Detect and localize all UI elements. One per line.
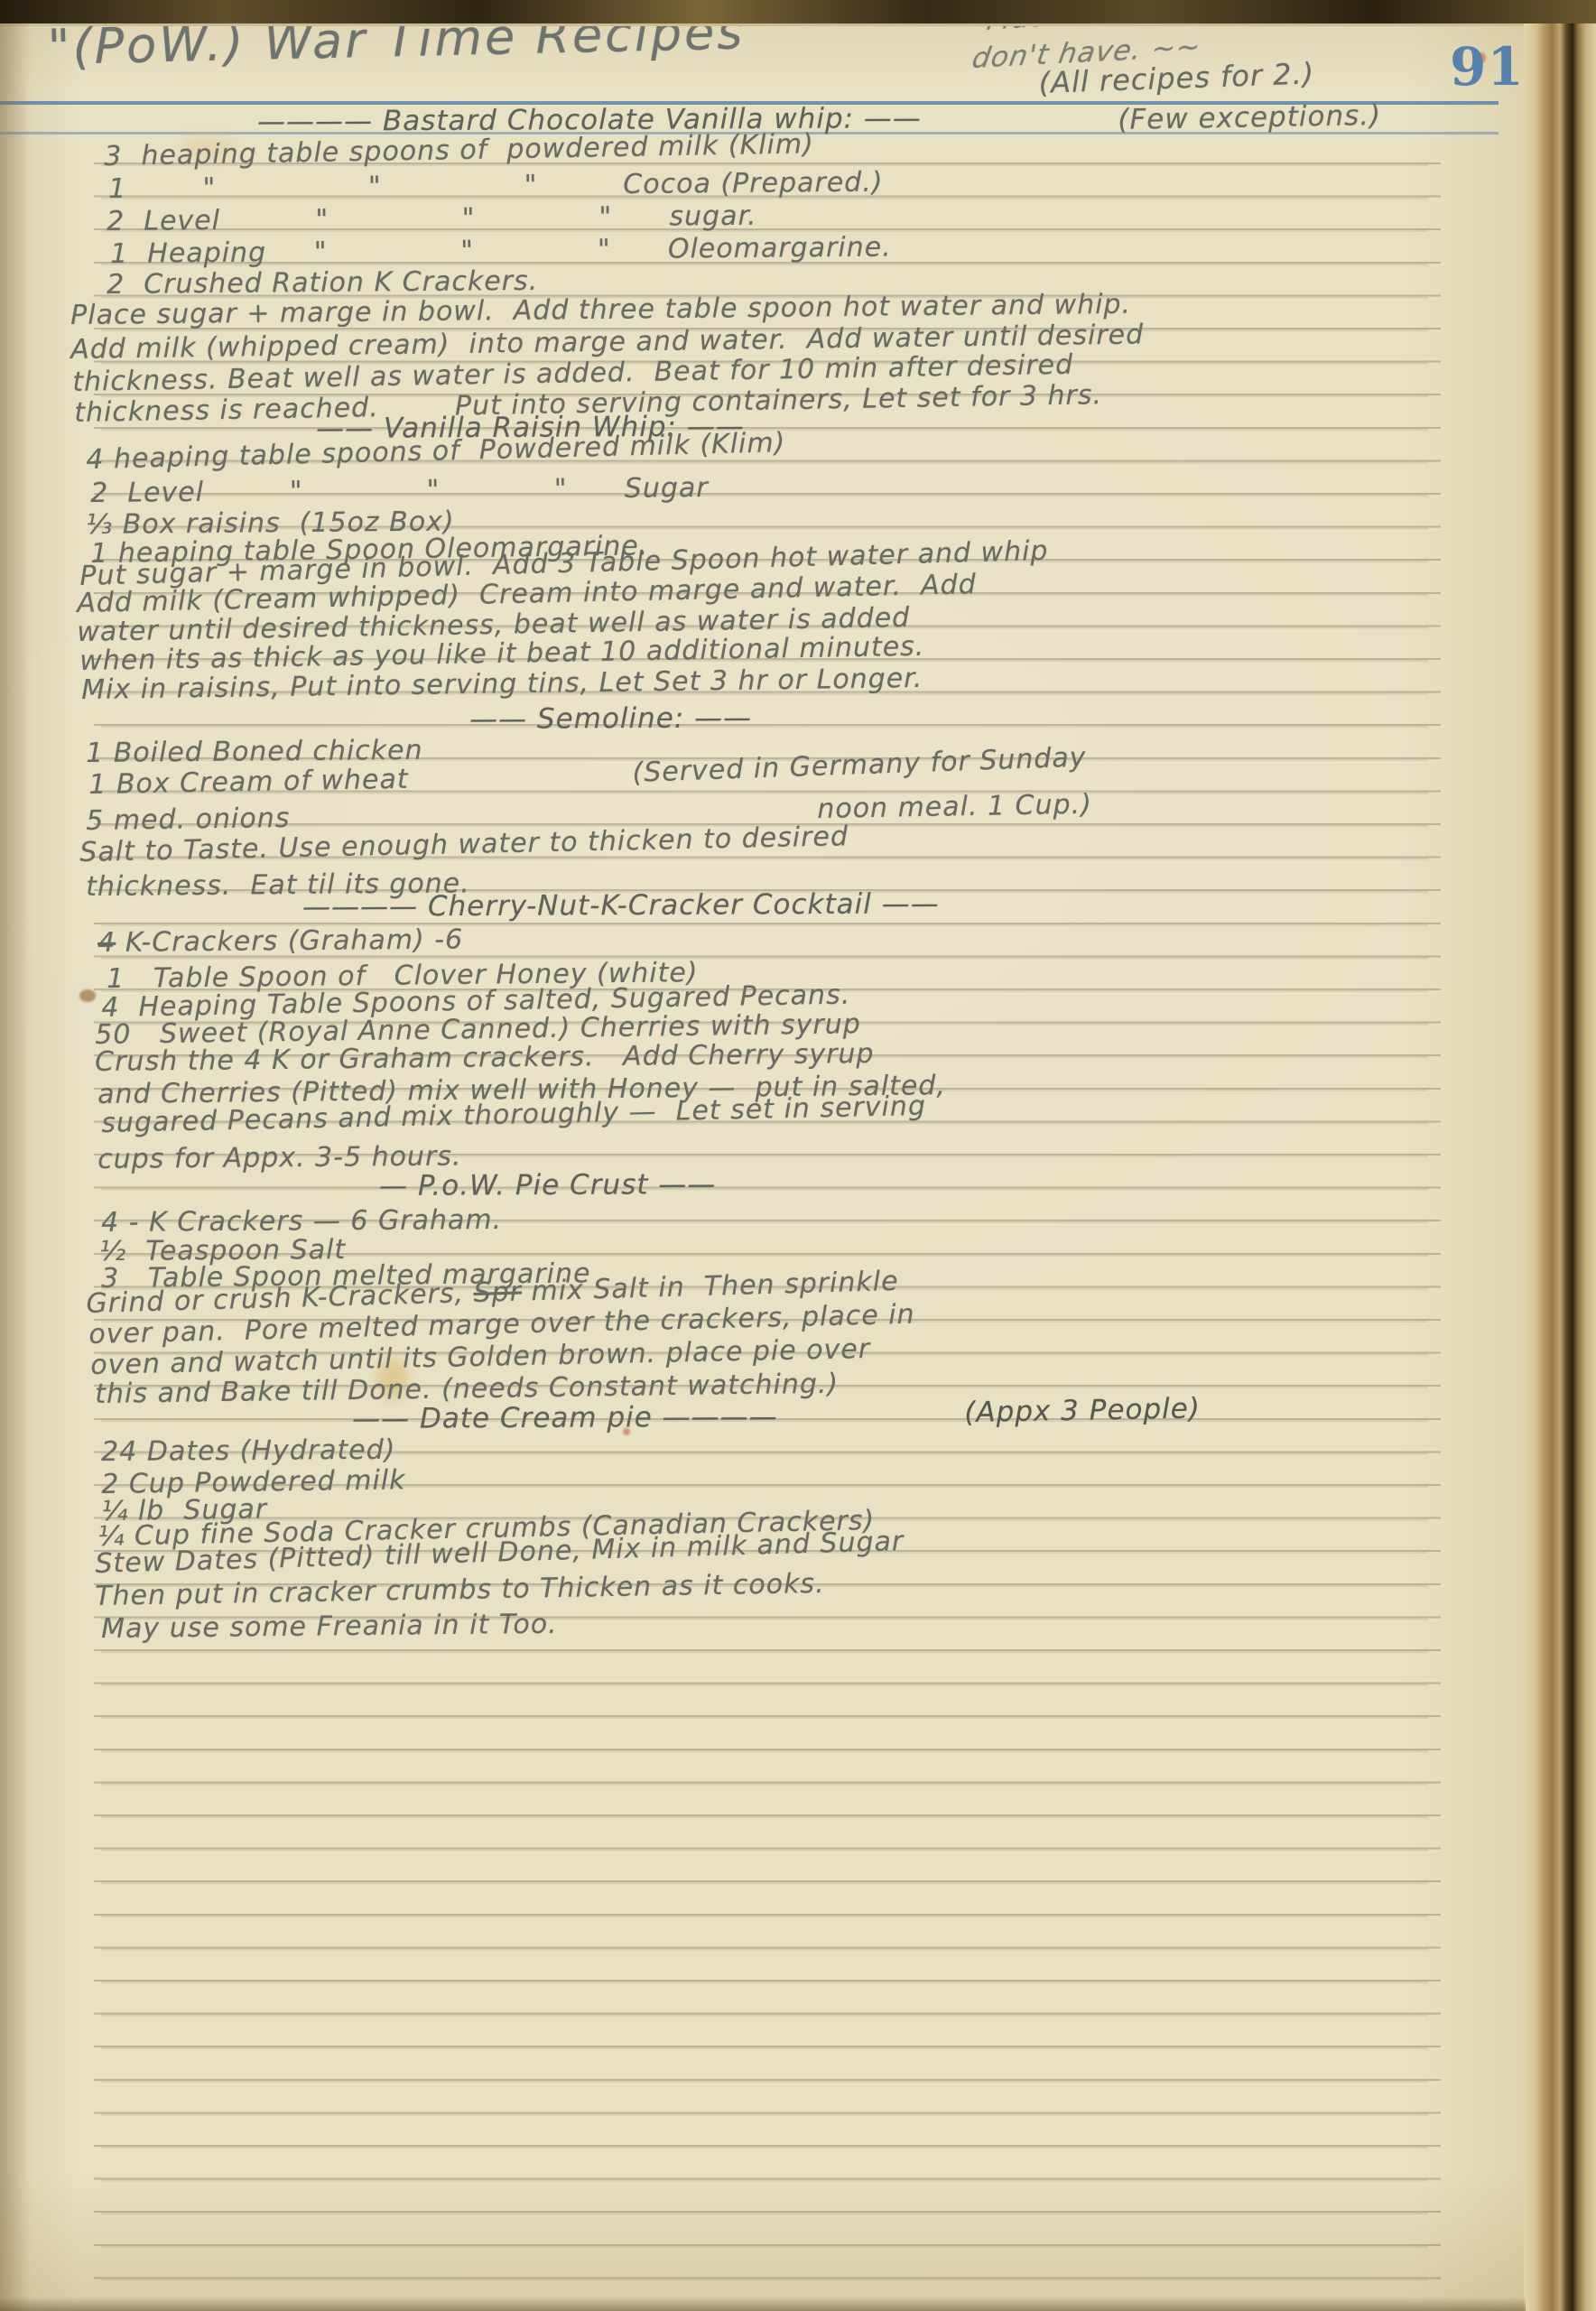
ingredient-line: 2 Level " " " sugar. (107, 201, 757, 238)
ingredient-text: K-Crackers (Graham) -6 (116, 923, 463, 958)
recipe-title-date-cream-pie: —— Date Cream pie ———— (352, 1402, 778, 1436)
ingredient-line: 4 K-Crackers (Graham) -6 (97, 924, 463, 959)
book-bottom-edge (0, 2297, 1526, 2311)
ingredient-line: 24 Dates (Hydrated) (101, 1435, 396, 1469)
struck-quantity: 4 (97, 927, 116, 959)
exceptions-note: (Few exceptions.) (1118, 100, 1381, 137)
recipe-title-semoline: —— Semoline: —— (469, 702, 752, 736)
recipe-title-cherry-nut-cocktail: ———— Cherry-Nut-K-Cracker Cocktail —— (302, 888, 940, 923)
ingredient-line: 1 Box Cream of wheat (88, 765, 409, 802)
struck-word: Spr (473, 1276, 522, 1309)
notebook-page-scan: "(PoW.) War Time Recipes" Made with thin… (0, 0, 1596, 2311)
ingredient-line: 3 heaping table spoons of powdered milk … (104, 129, 814, 172)
book-top-edge (0, 0, 1596, 26)
side-note-line: (Served in Germany for Sunday (632, 742, 1087, 789)
book-binding-shadow (0, 23, 31, 2311)
ink-spot (79, 989, 96, 1002)
recipe-title-pow-pie-crust: — P.o.W. Pie Crust —— (379, 1169, 716, 1203)
ingredient-line: 4 heaping table spoons of Powdered milk … (86, 428, 786, 476)
side-note-line: noon meal. 1 Cup.) (817, 790, 1092, 826)
ingredient-line: 1 " " " Cocoa (Prepared.) (108, 168, 884, 206)
all-recipes-note: (All recipes for 2.) (1038, 57, 1315, 99)
page-number: 91 (1450, 36, 1525, 97)
book-page-stack-edge (1524, 23, 1596, 2311)
serves-note: (Appx 3 People) (964, 1393, 1201, 1429)
direction-line: May use some Freania in it Too. (101, 1610, 558, 1646)
ingredient-line: 2 Level " " " Sugar (90, 473, 709, 509)
